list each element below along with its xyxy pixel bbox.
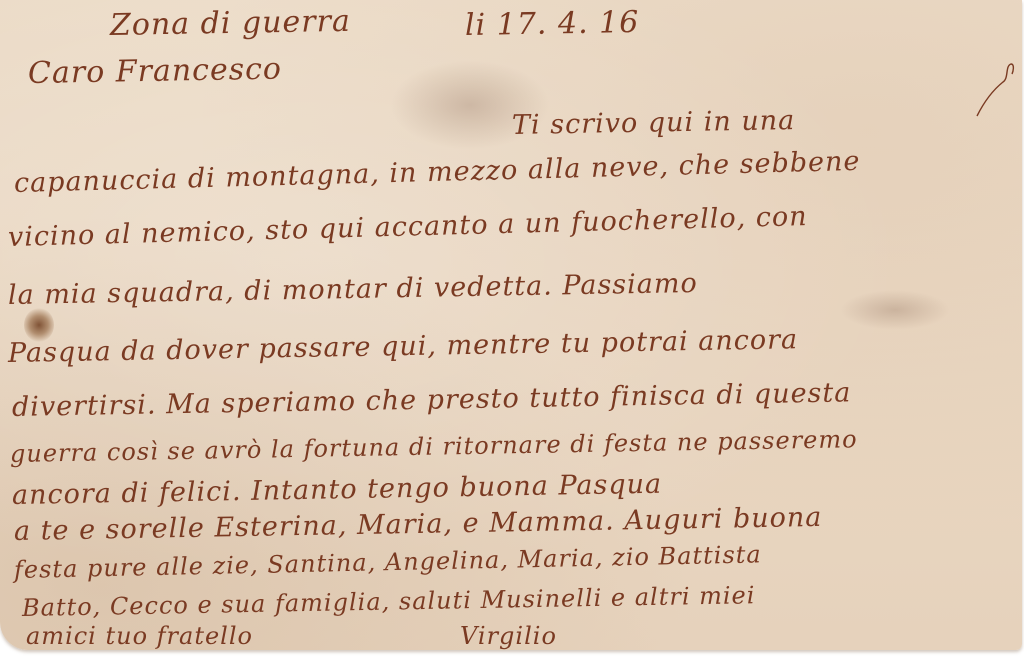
letter-line-8: ancora di felici. Intanto tengo buona Pa… <box>12 469 663 511</box>
place-heading: Zona di guerra <box>110 4 351 43</box>
letter-line-10: festa pure alle zie, Santina, Angelina, … <box>14 540 762 584</box>
letter-line-1: Ti scrivo qui in una <box>512 105 796 141</box>
letter-line-3: vicino al nemico, sto qui accanto a un f… <box>8 201 808 253</box>
letter-line-11: Batto, Cecco e sua famiglia, saluti Musi… <box>22 581 756 622</box>
postcard: Zona di guerra li 17. 4. 16 Caro Frances… <box>0 0 1022 650</box>
letter-line-5: Pasqua da dover passare qui, mentre tu p… <box>8 324 799 369</box>
letter-line-6: divertirsi. Ma speriamo che presto tutto… <box>12 377 852 423</box>
date-heading: li 17. 4. 16 <box>465 5 640 43</box>
letter-line-4: la mia squadra, di montar di vedetta. Pa… <box>8 268 698 311</box>
closing-line: amici tuo fratello <box>26 622 253 650</box>
salutation: Caro Francesco <box>28 52 283 91</box>
pen-flourish-icon <box>975 60 1015 120</box>
letter-line-2: capanuccia di montagna, in mezzo alla ne… <box>14 146 861 199</box>
paper-smudge <box>840 290 950 330</box>
letter-line-7: guerra così se avrò la fortuna di ritorn… <box>10 425 858 468</box>
signature: Virgilio <box>460 622 557 650</box>
